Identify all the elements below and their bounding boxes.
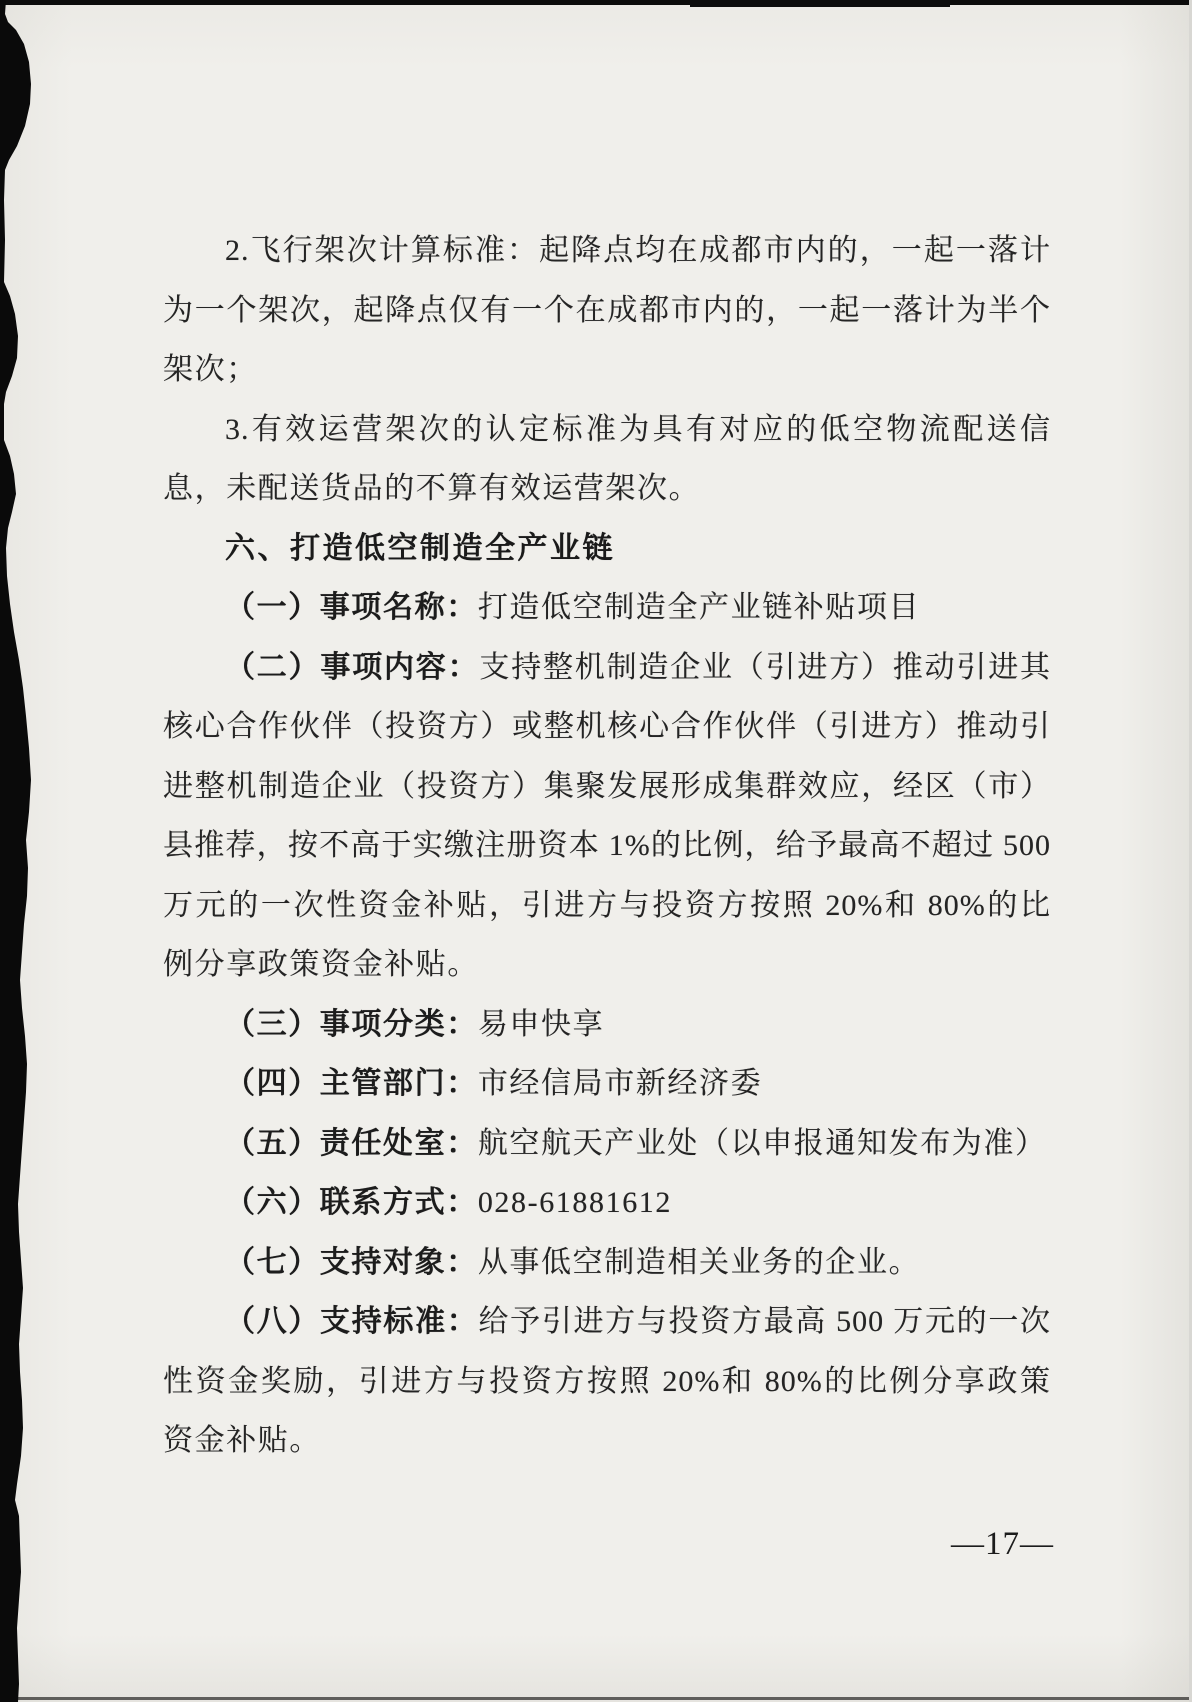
item-label: （六）联系方式： [225, 1186, 478, 1219]
text-line: 息，未配送货品的不算有效运营架次。 [163, 459, 1051, 519]
line-text: 易申快享 [478, 1008, 604, 1041]
text-line: 为一个架次，起降点仅有一个在成都市内的，一起一落计为半个 [163, 281, 1051, 341]
text-line: （一）事项名称：打造低空制造全产业链补贴项目 [163, 578, 1051, 638]
line-text: 2.飞行架次计算标准：起降点均在成都市内的，一起一落计 [225, 234, 1051, 267]
text-line: （三）事项分类：易申快享 [163, 995, 1051, 1055]
line-text: 给予引进方与投资方最高 500 万元的一次 [478, 1305, 1051, 1338]
text-line: （五）责任处室：航空航天产业处（以申报通知发布为准） [163, 1114, 1051, 1174]
line-text: 架次； [163, 353, 258, 386]
line-text: 从事低空制造相关业务的企业。 [478, 1246, 920, 1279]
text-line: 进整机制造企业（投资方）集聚发展形成集群效应，经区（市） [163, 757, 1051, 817]
text-line: 3.有效运营架次的认定标准为具有对应的低空物流配送信 [163, 400, 1051, 460]
text-line: （八）支持标准：给予引进方与投资方最高 500 万元的一次 [163, 1292, 1051, 1352]
text-line: （七）支持对象：从事低空制造相关业务的企业。 [163, 1233, 1051, 1293]
text-line: 万元的一次性资金补贴，引进方与投资方按照 20%和 80%的比 [163, 876, 1051, 936]
line-text: 航空航天产业处（以申报通知发布为准） [478, 1127, 1047, 1160]
line-text: 3.有效运营架次的认定标准为具有对应的低空物流配送信 [225, 413, 1051, 446]
line-text: 资金补贴。 [163, 1424, 321, 1457]
item-label: （七）支持对象： [225, 1246, 478, 1279]
line-text: 息，未配送货品的不算有效运营架次。 [163, 472, 700, 505]
line-text: 市经信局市新经济委 [478, 1067, 762, 1100]
line-text: 县推荐，按不高于实缴注册资本 1%的比例，给予最高不超过 500 [163, 829, 1051, 862]
item-label: （一）事项名称： [225, 591, 478, 624]
line-text: 支持整机制造企业（引进方）推动引进其 [479, 651, 1051, 684]
text-line: 县推荐，按不高于实缴注册资本 1%的比例，给予最高不超过 500 [163, 816, 1051, 876]
text-line: （四）主管部门：市经信局市新经济委 [163, 1054, 1051, 1114]
text-line: 核心合作伙伴（投资方）或整机核心合作伙伴（引进方）推动引 [163, 697, 1051, 757]
section-heading: 六、打造低空制造全产业链 [163, 519, 1051, 579]
item-label: （五）责任处室： [225, 1127, 478, 1160]
text-line: 2.飞行架次计算标准：起降点均在成都市内的，一起一落计 [163, 221, 1051, 281]
line-text: 性资金奖励，引进方与投资方按照 20%和 80%的比例分享政策 [163, 1365, 1051, 1398]
section-heading-text: 六、打造低空制造全产业链 [225, 532, 615, 565]
text-line: 资金补贴。 [163, 1411, 1051, 1471]
line-text: 进整机制造企业（投资方）集聚发展形成集群效应，经区（市） [163, 770, 1051, 803]
document-body: 2.飞行架次计算标准：起降点均在成都市内的，一起一落计为一个架次，起降点仅有一个… [163, 221, 1051, 1471]
line-text: 打造低空制造全产业链补贴项目 [478, 591, 920, 624]
page-number: —17— [928, 1526, 1054, 1563]
text-line: 性资金奖励，引进方与投资方按照 20%和 80%的比例分享政策 [163, 1352, 1051, 1412]
line-text: 例分享政策资金补贴。 [163, 948, 479, 981]
item-label: （三）事项分类： [225, 1008, 478, 1041]
item-label: （八）支持标准： [225, 1305, 478, 1338]
item-label: （四）主管部门： [225, 1067, 478, 1100]
text-line: 架次； [163, 340, 1051, 400]
line-text: 核心合作伙伴（投资方）或整机核心合作伙伴（引进方）推动引 [163, 710, 1051, 743]
text-line: （六）联系方式：028-61881612 [163, 1173, 1051, 1233]
item-label: （二）事项内容： [225, 651, 479, 684]
line-text: 万元的一次性资金补贴，引进方与投资方按照 20%和 80%的比 [163, 889, 1051, 922]
text-line: 例分享政策资金补贴。 [163, 935, 1051, 995]
text-line: （二）事项内容：支持整机制造企业（引进方）推动引进其 [163, 638, 1051, 698]
line-text: 028-61881612 [478, 1186, 672, 1219]
line-text: 为一个架次，起降点仅有一个在成都市内的，一起一落计为半个 [163, 294, 1051, 327]
